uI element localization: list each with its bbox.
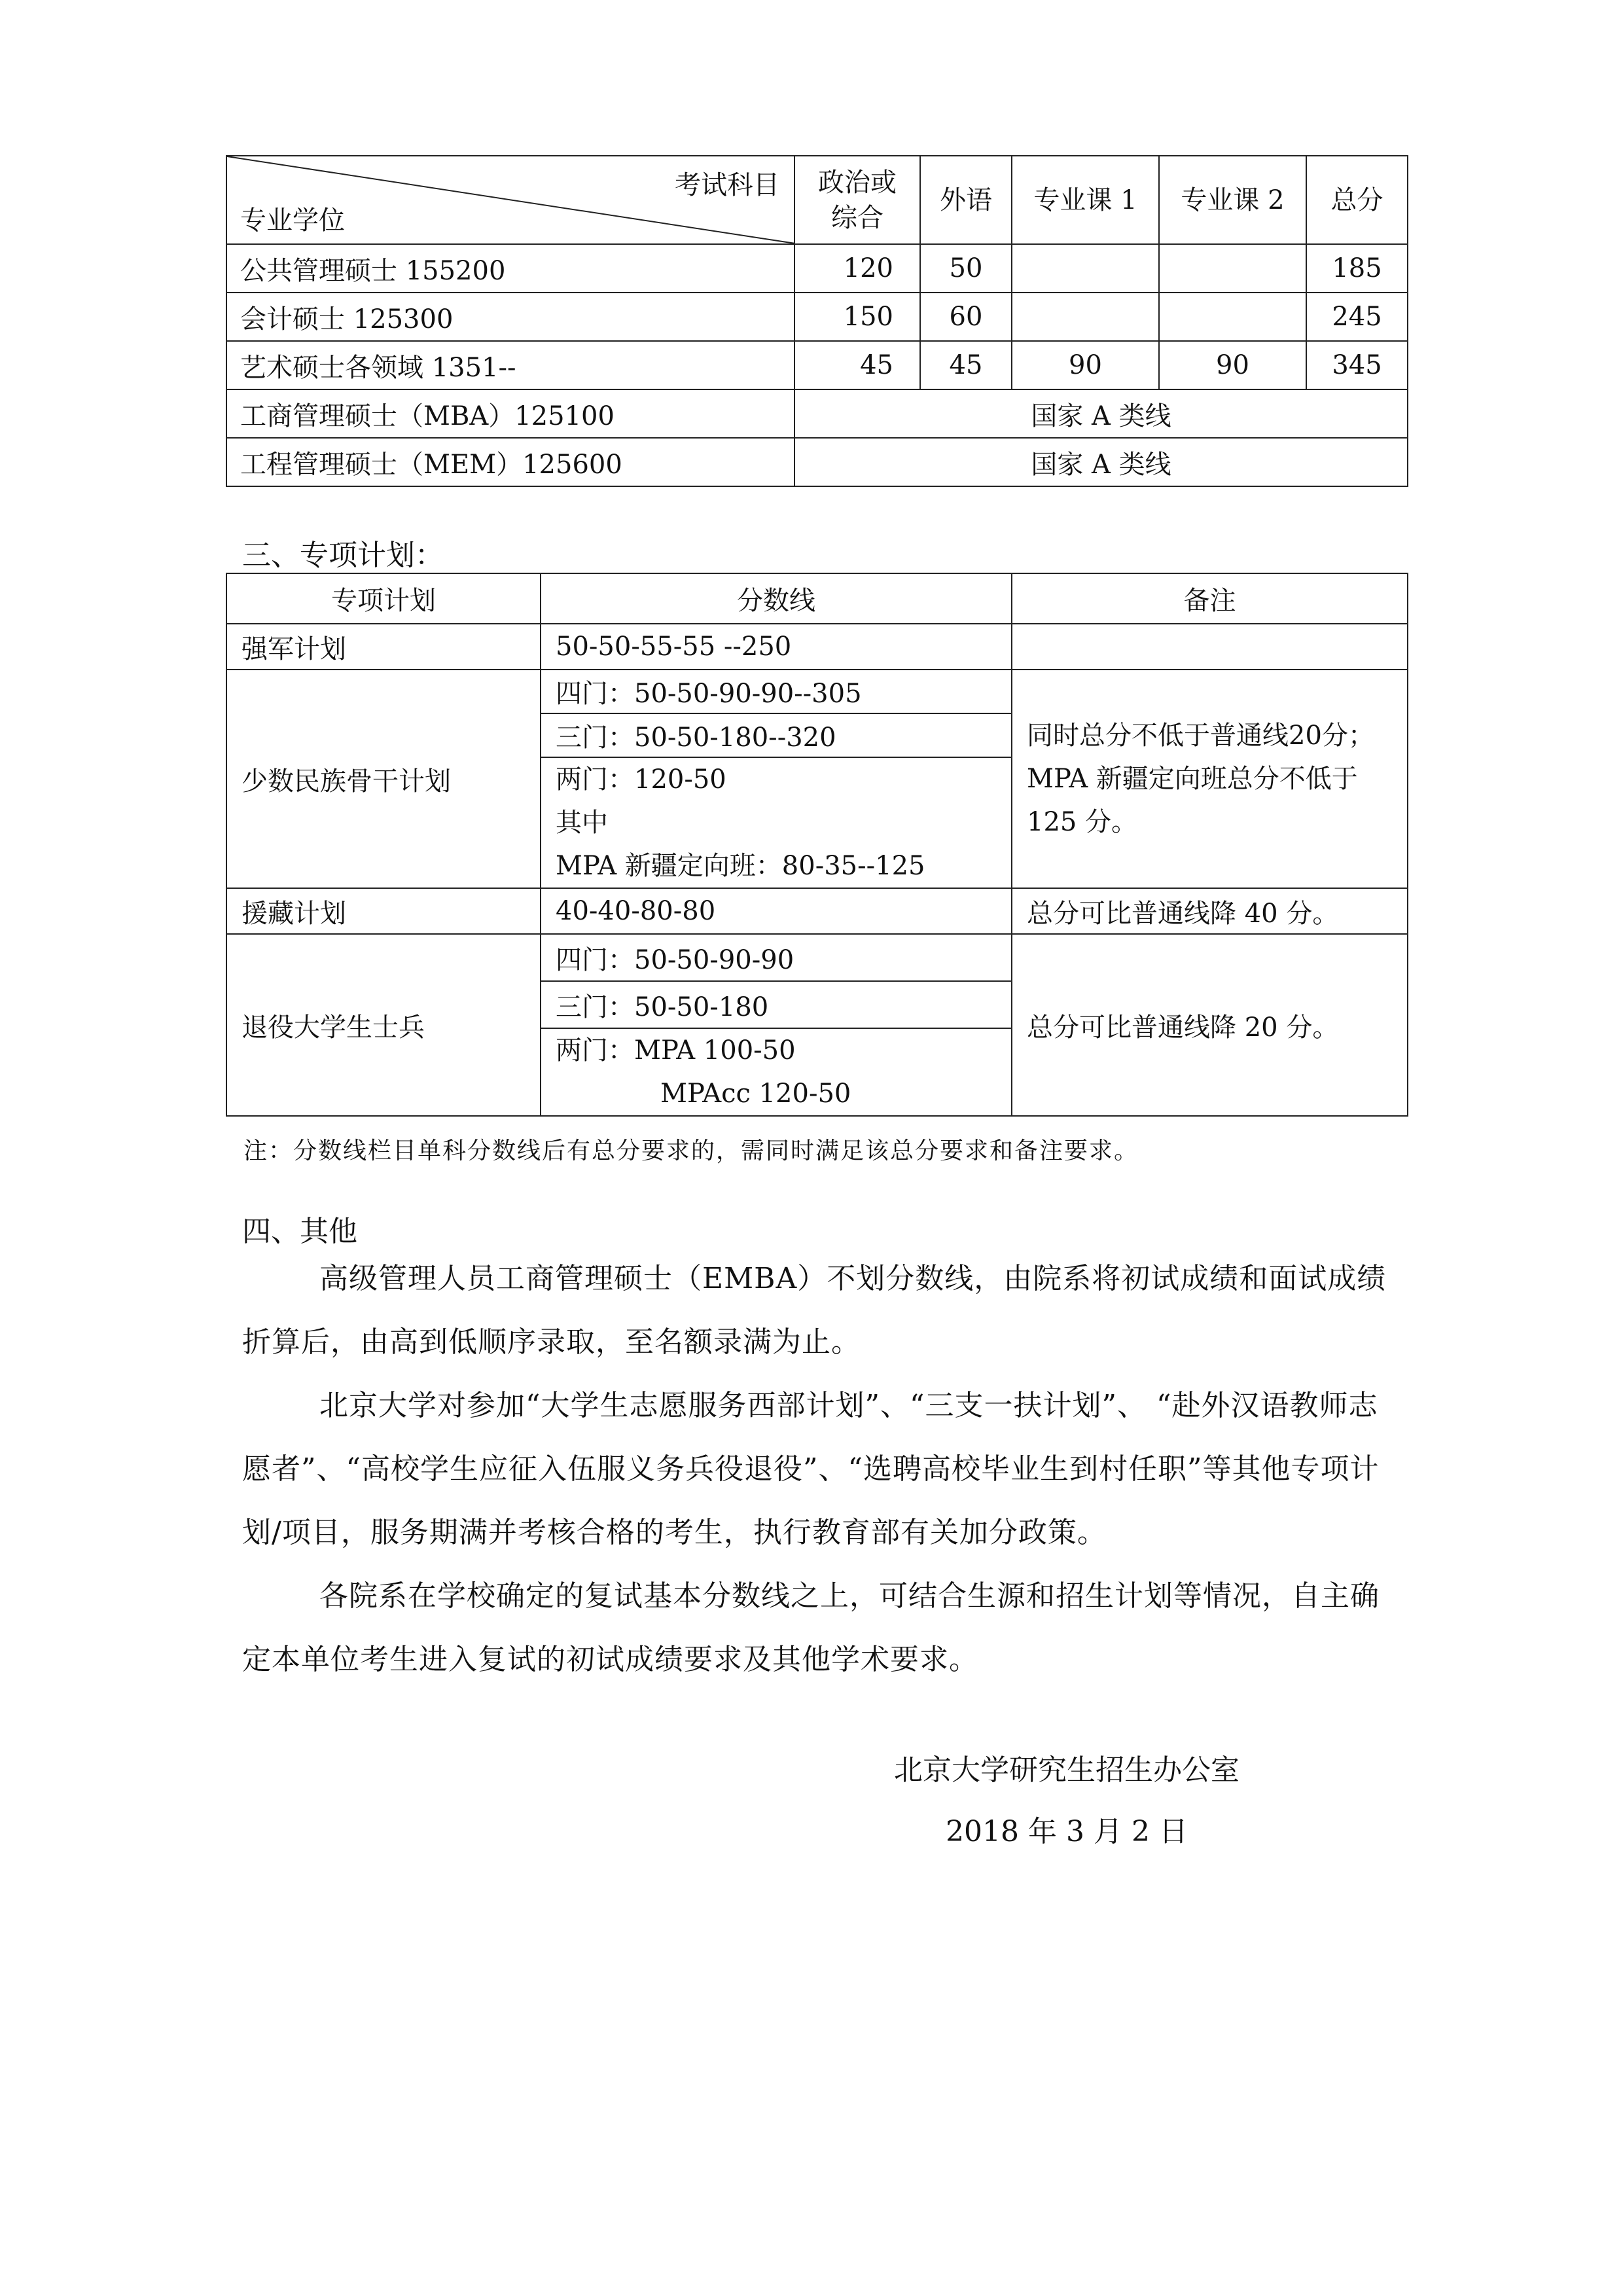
merged-score-note: 国家 A 类线 bbox=[794, 389, 1408, 438]
score-foreign: 50 bbox=[920, 244, 1012, 293]
header-foreign-language: 外语 bbox=[920, 156, 1012, 244]
degree-name: 公共管理硕士 155200 bbox=[226, 244, 794, 293]
score-major1 bbox=[1012, 244, 1159, 293]
section-4-body: 高级管理人员工商管理硕士（EMBA）不划分数线，由院系将初试成绩和面试成绩折算后… bbox=[242, 1247, 1391, 1691]
score-foreign: 60 bbox=[920, 293, 1012, 341]
plan-name: 强军计划 bbox=[226, 624, 541, 670]
score-total: 185 bbox=[1306, 244, 1408, 293]
remark: 同时总分不低于普通线20分； MPA 新疆定向班总分不低于 125 分。 bbox=[1012, 670, 1408, 888]
score-line-two-subjects: 两门：MPA 100-50 MPAcc 120-50 bbox=[541, 1028, 1012, 1116]
score-line-text: 两门：120-50 bbox=[556, 758, 1011, 801]
remark-line: 同时总分不低于普通线20分； bbox=[1027, 714, 1407, 757]
section-4-heading: 四、其他 bbox=[242, 1208, 357, 1249]
degree-name: 工程管理硕士（MEM）125600 bbox=[226, 438, 794, 486]
header-politics-line2: 综合 bbox=[795, 200, 919, 236]
table-row: 艺术硕士各领域 1351-- 45 45 90 90 345 bbox=[226, 341, 1408, 389]
paragraph-bonus-policy: 北京大学对参加“大学生志愿服务西部计划”、“三支一扶计划”、 “赴外汉语教师志愿… bbox=[242, 1374, 1391, 1564]
header-major-course-1: 专业课 1 bbox=[1012, 156, 1159, 244]
score-major1: 90 bbox=[1012, 341, 1159, 389]
score-line: 50-50-55-55 --250 bbox=[541, 624, 1012, 670]
plan-name: 退役大学生士兵 bbox=[226, 934, 541, 1116]
table-row: 工程管理硕士（MEM）125600 国家 A 类线 bbox=[226, 438, 1408, 486]
score-line-text: MPAcc 120-50 bbox=[556, 1072, 1011, 1115]
remark: 总分可比普通线降 20 分。 bbox=[1012, 934, 1408, 1116]
score-major2 bbox=[1159, 293, 1306, 341]
score-politics: 150 bbox=[794, 293, 920, 341]
score-line-four-subjects: 四门：50-50-90-90--305 bbox=[541, 670, 1012, 713]
section-3-heading: 三、专项计划： bbox=[242, 531, 444, 573]
score-major2: 90 bbox=[1159, 341, 1306, 389]
score-politics: 120 bbox=[794, 244, 920, 293]
degree-label: 专业学位 bbox=[240, 200, 345, 237]
table-row: 工商管理硕士（MBA）125100 国家 A 类线 bbox=[226, 389, 1408, 438]
score-line-text: 两门：MPA 100-50 bbox=[556, 1029, 1011, 1072]
table-row: 退役大学生士兵 四门：50-50-90-90 总分可比普通线降 20 分。 bbox=[226, 934, 1408, 981]
paragraph-emba: 高级管理人员工商管理硕士（EMBA）不划分数线，由院系将初试成绩和面试成绩折算后… bbox=[242, 1247, 1391, 1374]
score-line-four-subjects: 四门：50-50-90-90 bbox=[541, 934, 1012, 981]
table-row: 援藏计划 40-40-80-80 总分可比普通线降 40 分。 bbox=[226, 888, 1408, 934]
merged-score-note: 国家 A 类线 bbox=[794, 438, 1408, 486]
score-total: 345 bbox=[1306, 341, 1408, 389]
score-line-three-subjects: 三门：50-50-180 bbox=[541, 981, 1012, 1028]
score-total: 245 bbox=[1306, 293, 1408, 341]
score-line-two-subjects: 两门：120-50 其中 MPA 新疆定向班：80-35--125 bbox=[541, 757, 1012, 888]
table-row: 会计硕士 125300 150 60 245 bbox=[226, 293, 1408, 341]
diagonal-header-cell: 考试科目 专业学位 bbox=[226, 156, 794, 244]
remark bbox=[1012, 624, 1408, 670]
plan-name: 少数民族骨干计划 bbox=[226, 670, 541, 888]
special-plan-table: 专项计划 分数线 备注 强军计划 50-50-55-55 --250 少数民族骨… bbox=[226, 573, 1408, 1117]
remark: 总分可比普通线降 40 分。 bbox=[1012, 888, 1408, 934]
header-plan: 专项计划 bbox=[226, 573, 541, 624]
exam-subject-label: 考试科目 bbox=[675, 164, 779, 202]
score-major2 bbox=[1159, 244, 1306, 293]
degree-name: 会计硕士 125300 bbox=[226, 293, 794, 341]
header-politics: 政治或 综合 bbox=[794, 156, 920, 244]
issuing-office: 北京大学研究生招生办公室 bbox=[838, 1746, 1296, 1788]
table-row: 强军计划 50-50-55-55 --250 bbox=[226, 624, 1408, 670]
score-politics: 45 bbox=[794, 341, 920, 389]
table-header-row: 考试科目 专业学位 政治或 综合 外语 专业课 1 专业课 2 总分 bbox=[226, 156, 1408, 244]
score-line-text: 其中 bbox=[556, 801, 1011, 844]
score-line-text: MPA 新疆定向班：80-35--125 bbox=[556, 844, 1011, 888]
professional-degree-score-table: 考试科目 专业学位 政治或 综合 外语 专业课 1 专业课 2 总分 公共管理硕… bbox=[226, 155, 1408, 487]
score-line-three-subjects: 三门：50-50-180--320 bbox=[541, 713, 1012, 757]
header-total: 总分 bbox=[1306, 156, 1408, 244]
issue-date: 2018 年 3 月 2 日 bbox=[870, 1808, 1263, 1850]
remark-line: MPA 新疆定向班总分不低于 bbox=[1027, 757, 1407, 800]
degree-name: 工商管理硕士（MBA）125100 bbox=[226, 389, 794, 438]
degree-name: 艺术硕士各领域 1351-- bbox=[226, 341, 794, 389]
header-score-line: 分数线 bbox=[541, 573, 1012, 624]
score-line: 40-40-80-80 bbox=[541, 888, 1012, 934]
table-row: 少数民族骨干计划 四门：50-50-90-90--305 同时总分不低于普通线2… bbox=[226, 670, 1408, 713]
plan-name: 援藏计划 bbox=[226, 888, 541, 934]
table-footnote: 注：分数线栏目单科分数线后有总分要求的，需同时满足该总分要求和备注要求。 bbox=[243, 1132, 1139, 1166]
header-remark: 备注 bbox=[1012, 573, 1408, 624]
table-header-row: 专项计划 分数线 备注 bbox=[226, 573, 1408, 624]
score-foreign: 45 bbox=[920, 341, 1012, 389]
header-major-course-2: 专业课 2 bbox=[1159, 156, 1306, 244]
paragraph-department-requirements: 各院系在学校确定的复试基本分数线之上，可结合生源和招生计划等情况，自主确定本单位… bbox=[242, 1564, 1391, 1691]
table-row: 公共管理硕士 155200 120 50 185 bbox=[226, 244, 1408, 293]
header-politics-line1: 政治或 bbox=[795, 165, 919, 200]
remark-line: 125 分。 bbox=[1027, 800, 1407, 844]
score-major1 bbox=[1012, 293, 1159, 341]
